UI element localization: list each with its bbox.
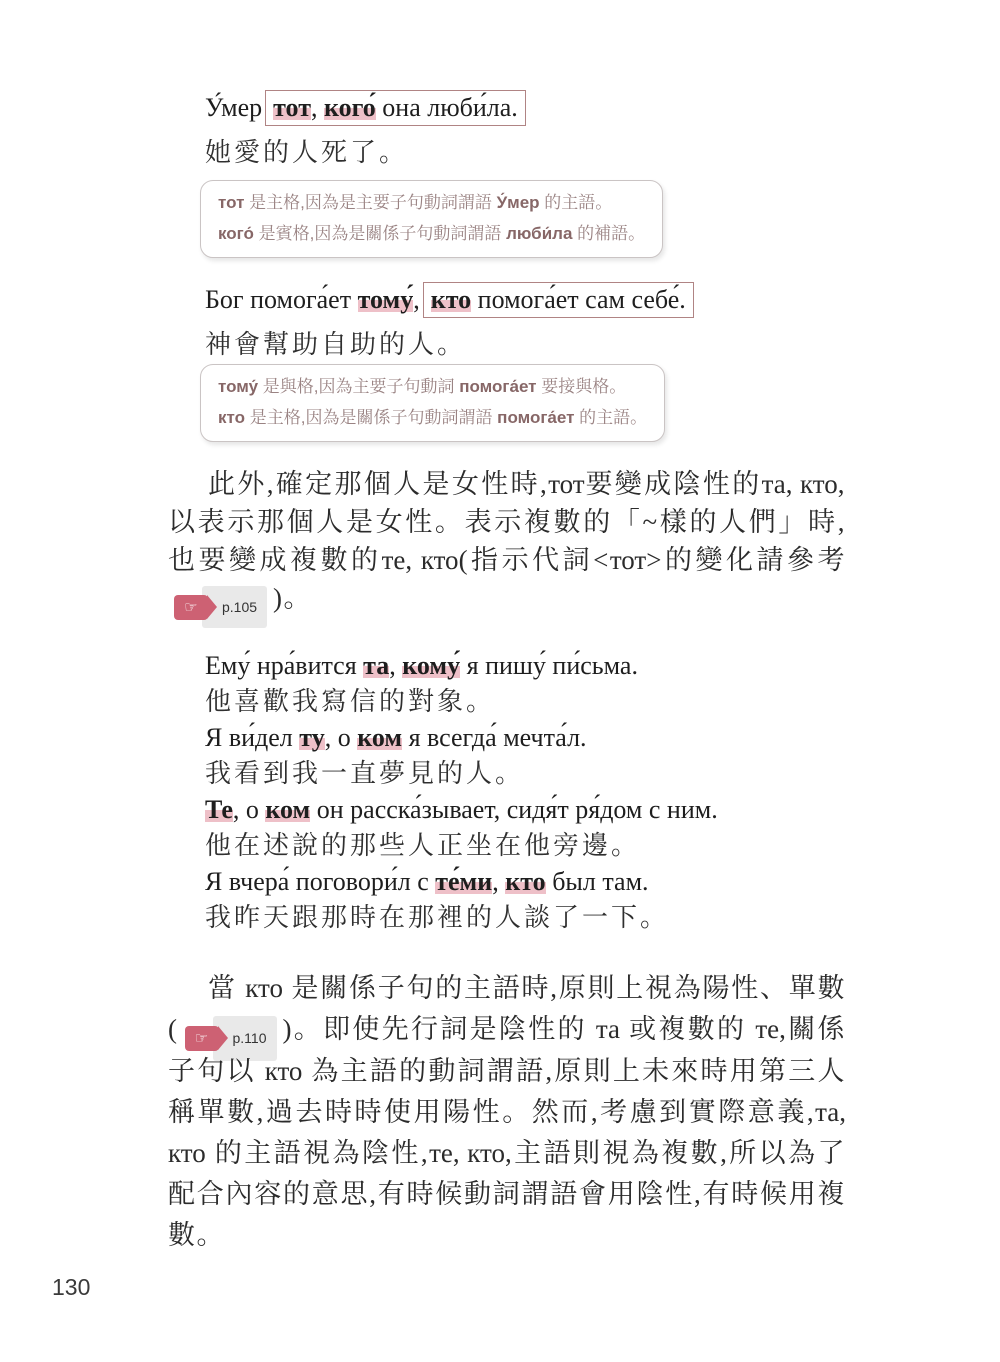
ru-term: У́мер	[497, 193, 540, 212]
highlighted-pronoun: кто	[505, 867, 545, 896]
highlighted-pronoun: тот	[273, 93, 311, 122]
highlighted-pronoun: Те	[205, 795, 233, 824]
ru-text: Ему́ нра́вится	[205, 651, 363, 680]
ru-term: те, кто	[382, 545, 459, 575]
ru-text: помога́ет сам себе́.	[471, 285, 686, 314]
ru-text: ,	[389, 651, 402, 680]
ru-text: ,	[311, 93, 324, 122]
grammar-note-box-2: тому́ 是與格,因為主要子句動詞 помога́ет 要接與格。 кто 是…	[200, 364, 665, 442]
highlighted-pronoun: кому́	[402, 651, 460, 680]
note-line: тот 是主格,因為是主要子句動詞謂語 У́мер 的主語。	[218, 187, 645, 218]
note-text: 的補語。	[572, 224, 645, 243]
body-paragraph-2: 當 кто 是關係子句的主語時,原則上視為陽性、單數(☞p.110)。即使先行詞…	[168, 968, 846, 1256]
note-text: 是主格,因為是主要子句動詞謂語	[244, 193, 496, 212]
ru-text: ,	[413, 285, 420, 314]
russian-sentence-1: У́мертот, кого́ она люби́ла.	[205, 88, 526, 128]
ru-text: был там.	[546, 867, 649, 896]
example-russian: Те, о ком он расска́зывает, сидя́т ря́до…	[205, 792, 855, 828]
highlighted-pronoun: те́ми	[435, 867, 492, 896]
ru-text: Бог помога́ет	[205, 285, 358, 314]
relative-clause-box: тот, кого́ она люби́ла.	[265, 90, 526, 126]
body-paragraph-1: 此外,確定那個人是女性時,тот要變成陰性的та, кто,以表示那個人是女性。…	[168, 465, 846, 620]
book-page: У́мертот, кого́ она люби́ла. 她愛的人死了。 тот…	[0, 0, 1000, 1362]
ru-text: , о	[233, 795, 266, 824]
ru-text: она люби́ла.	[376, 93, 518, 122]
russian-sentence-2: Бог помога́ет тому́,кто помога́ет сам се…	[205, 280, 694, 320]
note-text: 要接與格。	[537, 377, 627, 396]
example-russian: Я вчера́ поговори́л с те́ми, кто был там…	[205, 864, 855, 900]
note-text: 是與格,因為主要子句動詞	[258, 377, 459, 396]
ru-text: я пишу́ пи́сьма.	[460, 651, 638, 680]
ru-term: тот	[548, 469, 584, 499]
note-text: 的主語。	[540, 193, 613, 212]
ru-term: тот	[218, 193, 244, 212]
zh-text: 當	[208, 973, 245, 1003]
ru-text: я всегда́ мечта́л.	[402, 723, 586, 752]
example-block-2: Бог помога́ет тому́,кто помога́ет сам се…	[205, 280, 694, 365]
ru-text: он расска́зывает, сидя́т ря́дом с ним.	[310, 795, 717, 824]
pointing-hand-icon: ☞	[174, 595, 208, 620]
example-translation: 他在述說的那些人正坐在他旁邊。	[205, 828, 855, 864]
grammar-note-box-1: тот 是主格,因為是主要子句動詞謂語 У́мер 的主語。 кого́ 是賓格…	[200, 180, 663, 258]
example-block-1: У́мертот, кого́ она люби́ла. 她愛的人死了。	[205, 88, 526, 173]
ru-term: помога́ет	[459, 377, 536, 396]
zh-text: 此外,確定那個人是女性時,	[208, 469, 548, 499]
ru-text: У́мер	[205, 93, 262, 122]
zh-text: >的變化請參考	[646, 545, 846, 575]
chinese-translation-1: 她愛的人死了。	[205, 133, 526, 173]
ru-term: те	[755, 1014, 779, 1044]
ru-term: та, кто	[762, 469, 838, 499]
zh-text: 的主語視為陰性,	[206, 1138, 429, 1168]
relative-clause-box: кто помога́ет сам себе́.	[423, 282, 694, 318]
note-text: 的主語。	[574, 408, 647, 427]
zh-text: )。	[273, 583, 312, 613]
note-text: 是賓格,因為是關係子句動詞謂語	[254, 224, 506, 243]
page-number: 130	[52, 1274, 90, 1301]
note-line: кто 是主格,因為是關係子句動詞謂語 помога́ет 的主語。	[218, 402, 647, 433]
highlighted-pronoun: кто	[431, 285, 471, 314]
ru-term: тот	[610, 545, 646, 575]
example-translation: 我昨天跟那時在那裡的人談了一下。	[205, 900, 855, 936]
example-russian: Я ви́дел ту, о ком я всегда́ мечта́л.	[205, 720, 855, 756]
page-reference-badge: ☞p.110	[185, 1026, 277, 1051]
zh-text: 或複數的	[620, 1014, 755, 1044]
ru-term: помога́ет	[497, 408, 574, 427]
example-translation: 我看到我一直夢見的人。	[205, 756, 855, 792]
highlighted-pronoun: кого́	[324, 93, 376, 122]
ru-term: те, кто	[429, 1138, 505, 1168]
highlighted-pronoun: ком	[357, 723, 402, 752]
ru-term: люби́ла	[506, 224, 572, 243]
highlighted-pronoun: тому́	[358, 285, 414, 314]
ru-text: ,	[492, 867, 505, 896]
ru-term: кто	[245, 973, 283, 1003]
page-reference-badge: ☞p.105	[174, 595, 267, 620]
zh-text: )。即使先行詞是陰性的	[283, 1014, 596, 1044]
ru-text: Я ви́дел	[205, 723, 299, 752]
highlighted-pronoun: ту	[299, 723, 324, 752]
chinese-translation-2: 神會幫助自助的人。	[205, 325, 694, 365]
note-line: тому́ 是與格,因為主要子句動詞 помога́ет 要接與格。	[218, 371, 647, 402]
ru-text: , о	[325, 723, 358, 752]
example-translation: 他喜歡我寫信的對象。	[205, 684, 855, 720]
highlighted-pronoun: та	[363, 651, 389, 680]
ru-text: Я вчера́ поговори́л с	[205, 867, 435, 896]
note-text: 是主格,因為是關係子句動詞謂語	[245, 408, 497, 427]
ru-term: кого́	[218, 224, 254, 243]
zh-text: 要變成陰性的	[585, 469, 762, 499]
zh-text: (指示代詞<	[459, 545, 610, 575]
ru-term: кто	[218, 408, 245, 427]
pointing-hand-icon: ☞	[185, 1026, 219, 1051]
note-line: кого́ 是賓格,因為是關係子句動詞謂語 люби́ла 的補語。	[218, 218, 645, 249]
example-list: Ему́ нра́вится та, кому́ я пишу́ пи́сьма…	[205, 648, 855, 936]
example-russian: Ему́ нра́вится та, кому́ я пишу́ пи́сьма…	[205, 648, 855, 684]
ru-term: тому́	[218, 377, 258, 396]
ru-term: та	[596, 1014, 620, 1044]
highlighted-pronoun: ком	[265, 795, 310, 824]
ru-term: кто	[265, 1056, 303, 1086]
